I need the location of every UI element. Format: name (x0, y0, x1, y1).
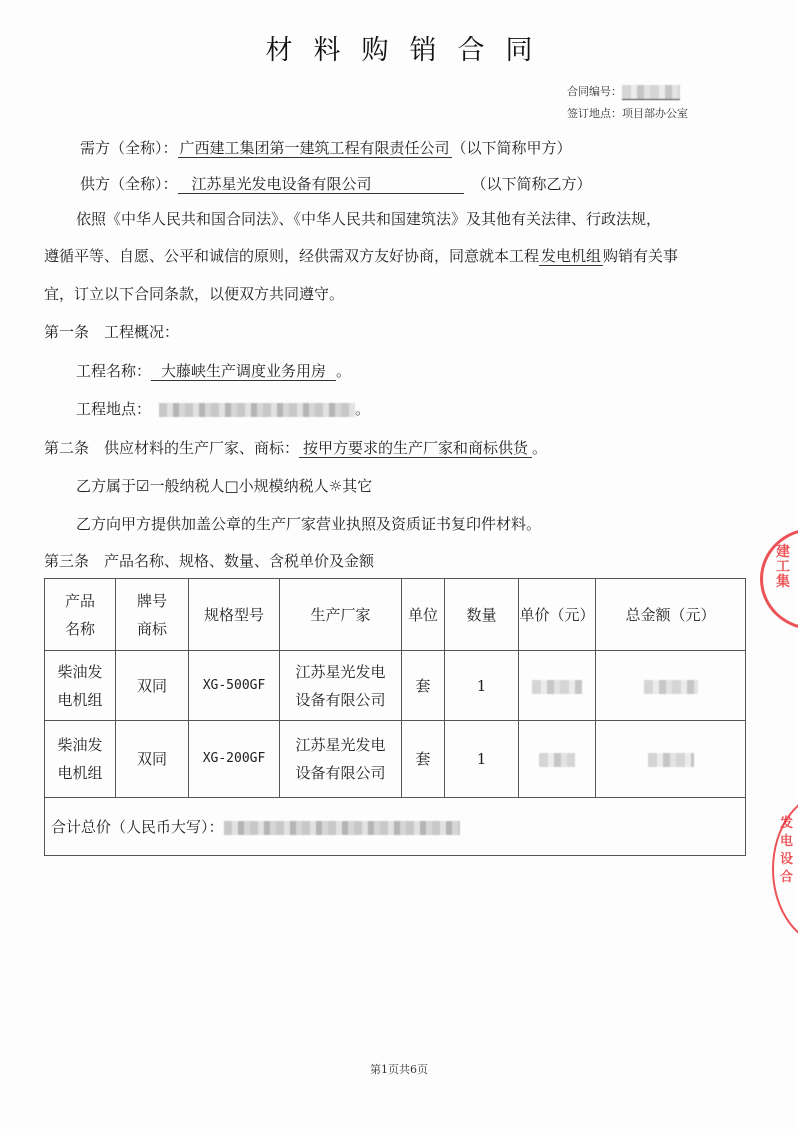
unit: 套 (402, 651, 445, 721)
seller-name: 江苏星光发电设备有限公司 (178, 176, 464, 194)
model: XG-500GF (189, 651, 280, 721)
product-name: 柴油发电机组 (45, 721, 116, 798)
header-unit: 单位 (402, 579, 445, 651)
total-amount (596, 721, 746, 798)
header-brand: 牌号商标 (116, 579, 189, 651)
buyer-label: 需方（全称）： (80, 139, 178, 157)
small-taxpayer-checkbox-icon[interactable]: □ (224, 477, 238, 495)
header-model: 规格型号 (189, 579, 280, 651)
maker: 江苏星光发电设备有限公司 (280, 721, 402, 798)
redacted-unit-price (539, 753, 575, 767)
unit-price (519, 651, 596, 721)
article-2-heading-line: 第二条 供应材料的生产厂家、商标：按甲方要求的生产厂家和商标供货。 (44, 437, 547, 458)
project-name-line: 工程名称：大藤峡生产调度业务用房。 (76, 360, 351, 381)
redacted-total-amount-in-words (224, 821, 460, 835)
total-amount (596, 651, 746, 721)
redacted-project-site (159, 403, 355, 417)
redacted-total-amount (644, 680, 698, 694)
sign-place-value: 项目部办公室 (622, 107, 688, 120)
unit: 套 (402, 721, 445, 798)
table-row: 柴油发电机组 双同 XG-200GF 江苏星光发电设备有限公司 套 1 (45, 721, 746, 798)
project-site-line: 工程地点：。 (76, 398, 370, 419)
general-taxpayer-checkbox-icon[interactable]: ☑ (136, 477, 149, 495)
header-maker: 生产厂家 (280, 579, 402, 651)
brand: 双同 (116, 721, 189, 798)
unit-price (519, 721, 596, 798)
redacted-unit-price (532, 680, 582, 694)
article-2-heading: 第二条 供应材料的生产厂家、商标： (44, 439, 299, 457)
company-seal-top-text: 建工集 (776, 545, 794, 590)
buyer-line: 需方（全称）：广西建工集团第一建筑工程有限责任公司（以下简称甲方） (80, 137, 572, 158)
seller-label: 供方（全称）： (80, 175, 178, 193)
qty: 1 (445, 721, 519, 798)
sign-place-label: 签订地点： (567, 107, 622, 120)
brand-requirement: 按甲方要求的生产厂家和商标供货 (299, 440, 532, 458)
seller-line: 供方（全称）：江苏星光发电设备有限公司（以下简称乙方） (80, 173, 592, 194)
qty: 1 (445, 651, 519, 721)
document-title: 材料购销合同 (0, 28, 798, 67)
header-unit-price: 单价（元） (519, 579, 596, 651)
article-3-heading: 第三条 产品名称、规格、数量、含税单价及金额 (44, 550, 374, 571)
preamble-line-3: 宜，订立以下合同条款，以便双方共同遵守。 (44, 283, 344, 304)
preamble-line-2: 遵循平等、自愿、公平和诚信的原则，经供需双方友好协商，同意就本工程发电机组购销有… (44, 245, 678, 266)
company-seal-bottom-text: 发电设合 (780, 815, 796, 887)
total-cell: 合计总价（人民币大写）： (45, 798, 746, 856)
redacted-contract-number (622, 85, 680, 100)
header-qty: 数量 (445, 579, 519, 651)
model: XG-200GF (189, 721, 280, 798)
contract-number: 合同编号： (567, 83, 680, 100)
project-name: 大藤峡生产调度业务用房 (151, 363, 336, 381)
other-option-icon[interactable]: ☼ (329, 477, 342, 495)
taxpayer-line: 乙方属于☑一般纳税人□小规模纳税人☼其它 (76, 475, 372, 496)
table-row: 柴油发电机组 双同 XG-500GF 江苏星光发电设备有限公司 套 1 (45, 651, 746, 721)
sign-place: 签订地点：项目部办公室 (567, 105, 688, 121)
products-table: 产品名称 牌号商标 规格型号 生产厂家 单位 数量 单价（元） 总金额（元） 柴… (44, 578, 746, 856)
product-name: 柴油发电机组 (45, 651, 116, 721)
maker: 江苏星光发电设备有限公司 (280, 651, 402, 721)
contract-number-label: 合同编号： (567, 85, 622, 98)
preamble-line-1: 依照《中华人民共和国合同法》、《中华人民共和国建筑法》及其他有关法律、行政法规， (76, 208, 661, 229)
header-product-name: 产品名称 (45, 579, 116, 651)
header-total-amount: 总金额（元） (596, 579, 746, 651)
redacted-total-amount (648, 753, 694, 767)
buyer-suffix: （以下简称甲方） (452, 139, 572, 157)
purchase-item: 发电机组 (539, 248, 603, 266)
seller-suffix: （以下简称乙方） (472, 175, 592, 193)
table-total-row: 合计总价（人民币大写）： (45, 798, 746, 856)
brand: 双同 (116, 651, 189, 721)
buyer-name: 广西建工集团第一建筑工程有限责任公司 (178, 140, 452, 158)
article-1-heading: 第一条 工程概况： (44, 321, 179, 342)
total-label: 合计总价（人民币大写）： (51, 818, 224, 836)
table-header-row: 产品名称 牌号商标 规格型号 生产厂家 单位 数量 单价（元） 总金额（元） (45, 579, 746, 651)
page-number: 第1页共6页 (0, 1061, 798, 1077)
docs-line: 乙方向甲方提供加盖公章的生产厂家营业执照及资质证书复印件材料。 (76, 513, 541, 534)
